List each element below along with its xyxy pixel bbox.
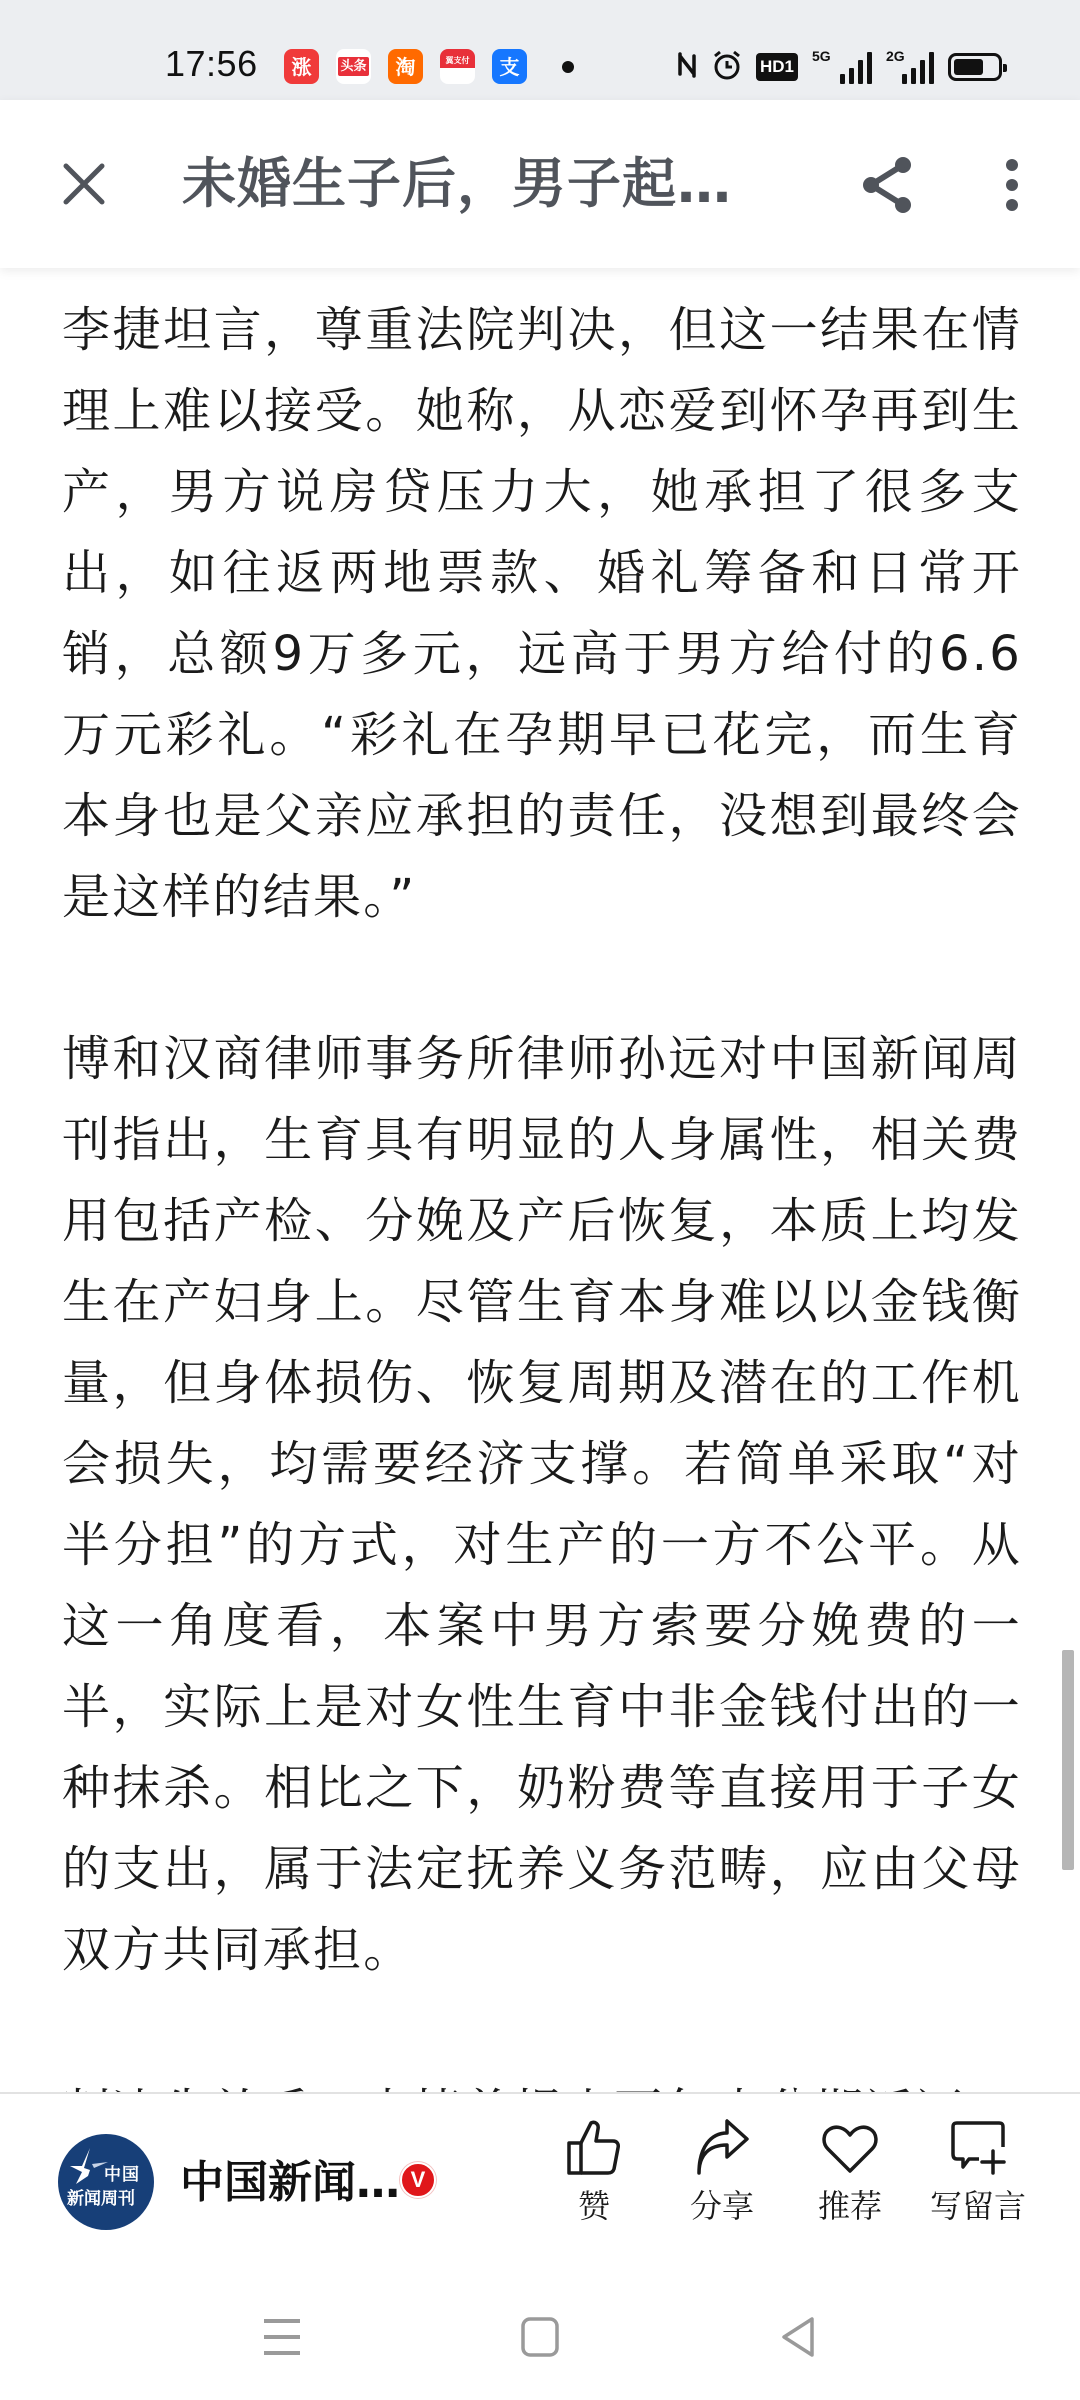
more-notifications-dot-icon xyxy=(562,61,574,73)
menu-lines-icon xyxy=(262,2317,302,2357)
back-triangle-icon xyxy=(778,2316,818,2358)
battery-icon xyxy=(948,53,1002,81)
like-button[interactable]: 赞 xyxy=(530,2116,658,2226)
close-icon xyxy=(62,162,106,206)
share-button[interactable] xyxy=(852,150,922,220)
more-options-button[interactable] xyxy=(982,150,1042,220)
page-title: 未婚生子后，男子起… xyxy=(182,152,732,216)
home-button[interactable] xyxy=(510,2312,570,2362)
toutiao-glyph: 头条 xyxy=(338,57,368,76)
toutiao-app-icon: 头条 xyxy=(336,49,371,84)
system-navigation-bar xyxy=(0,2262,1080,2400)
hd-voice-icon: HD1 xyxy=(756,53,798,81)
star-logo-icon xyxy=(68,2146,108,2186)
thumbs-up-icon xyxy=(565,2119,623,2177)
nfc-icon xyxy=(676,50,698,84)
share-action-button[interactable]: 分享 xyxy=(658,2116,786,2226)
article-paragraph: 李捷坦言，尊重法院判决，但这一结果在情理上难以接受。她称，从恋爱到怀孕再到生产，… xyxy=(62,290,1022,938)
article-actions: 赞 分享 推荐 写留言 xyxy=(530,2116,1042,2226)
article-header: 未婚生子后，男子起… xyxy=(0,100,1080,268)
recent-apps-button[interactable] xyxy=(252,2312,312,2362)
scrollbar-thumb[interactable] xyxy=(1062,1650,1074,1870)
forward-share-icon xyxy=(693,2119,751,2177)
recommend-button[interactable]: 推荐 xyxy=(786,2116,914,2226)
article-body[interactable]: 李捷坦言，尊重法院判决，但这一结果在情理上难以接受。她称，从恋爱到怀孕再到生产，… xyxy=(0,268,1080,2092)
pay-mall-glyph: 翼支付 xyxy=(446,57,470,65)
add-comment-icon xyxy=(949,2119,1007,2177)
bottom-action-bar: 中国 新闻周刊 中国新闻… V 赞 分享 xyxy=(0,2092,1080,2262)
like-label: 赞 xyxy=(578,2186,610,2226)
avatar-text-bottom: 新闻周刊 xyxy=(67,2184,135,2209)
home-square-icon xyxy=(520,2316,560,2358)
signal-2g-icon: 2G xyxy=(886,50,934,84)
status-bar: 17:56 涨 头条 淘 翼支付 支 HD1 5G 2G xyxy=(0,0,1080,100)
more-vertical-icon xyxy=(1004,157,1020,213)
account-avatar[interactable]: 中国 新闻周刊 xyxy=(58,2134,154,2230)
write-comment-button[interactable]: 写留言 xyxy=(914,2116,1042,2226)
recommend-label: 推荐 xyxy=(818,2186,882,2226)
article-paragraph: 博和汉商律师事务所律师孙远对中国新闻周刊指出，生育具有明显的人身属性，相关费用包… xyxy=(62,1019,1022,1991)
signal-5g-icon: 5G xyxy=(812,50,872,84)
share-label: 分享 xyxy=(690,2186,754,2226)
close-button[interactable] xyxy=(52,152,116,216)
taobao-app-icon: 淘 xyxy=(388,49,423,84)
write-comment-label: 写留言 xyxy=(930,2186,1026,2226)
share-icon xyxy=(859,155,915,215)
signal-5g-label: 5G xyxy=(812,48,831,64)
system-icons: HD1 5G 2G xyxy=(676,48,1002,86)
verified-badge-icon: V xyxy=(400,2162,436,2198)
account-name[interactable]: 中国新闻… xyxy=(180,2156,400,2210)
zhang-app-icon: 涨 xyxy=(284,49,319,84)
alarm-icon xyxy=(712,49,742,85)
status-time: 17:56 xyxy=(165,44,258,84)
alipay-app-icon: 支 xyxy=(492,49,527,84)
avatar-text-top: 中国 xyxy=(104,2160,140,2185)
pay-mall-app-icon: 翼支付 xyxy=(440,49,475,84)
heart-icon xyxy=(821,2121,879,2175)
back-button[interactable] xyxy=(768,2312,828,2362)
article-paragraph: 判决生效后，李捷曾提出两年内分期返还 xyxy=(62,2072,1022,2092)
notification-icons: 涨 头条 淘 翼支付 支 xyxy=(284,49,574,84)
